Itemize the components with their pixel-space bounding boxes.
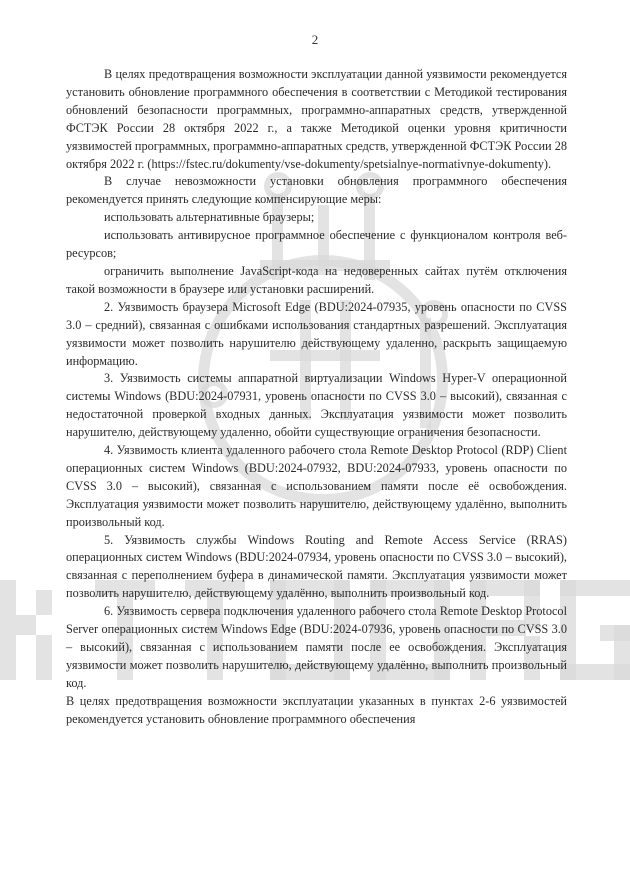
paragraph-vuln-3: 3. Уязвимость системы аппаратной виртуал… <box>66 370 567 442</box>
document-body: В целях предотвращения возможности экспл… <box>66 66 567 729</box>
paragraph-measure-browsers: использовать альтернативные браузеры; <box>66 209 567 227</box>
paragraph-vuln-4: 4. Уязвимость клиента удаленного рабочег… <box>66 442 567 532</box>
paragraph-measure-antivirus: использовать антивирусное программное об… <box>66 227 567 263</box>
paragraph-final-recommendation: В целях предотвращения возможности экспл… <box>66 693 567 729</box>
paragraph-vuln-6: 6. Уязвимость сервера подключения удален… <box>66 603 567 693</box>
paragraph-compensating-intro: В случае невозможности установки обновле… <box>66 173 567 209</box>
paragraph-measure-javascript: ограничить выполнение JavaScript-кода на… <box>66 263 567 299</box>
page-number: 2 <box>0 32 630 48</box>
document-page: 2 В целях предотвращения возможности экс… <box>0 0 630 887</box>
paragraph-recommendation: В целях предотвращения возможности экспл… <box>66 66 567 173</box>
paragraph-vuln-5: 5. Уязвимость службы Windows Routing and… <box>66 532 567 604</box>
paragraph-vuln-2: 2. Уязвимость браузера Microsoft Edge (B… <box>66 299 567 371</box>
